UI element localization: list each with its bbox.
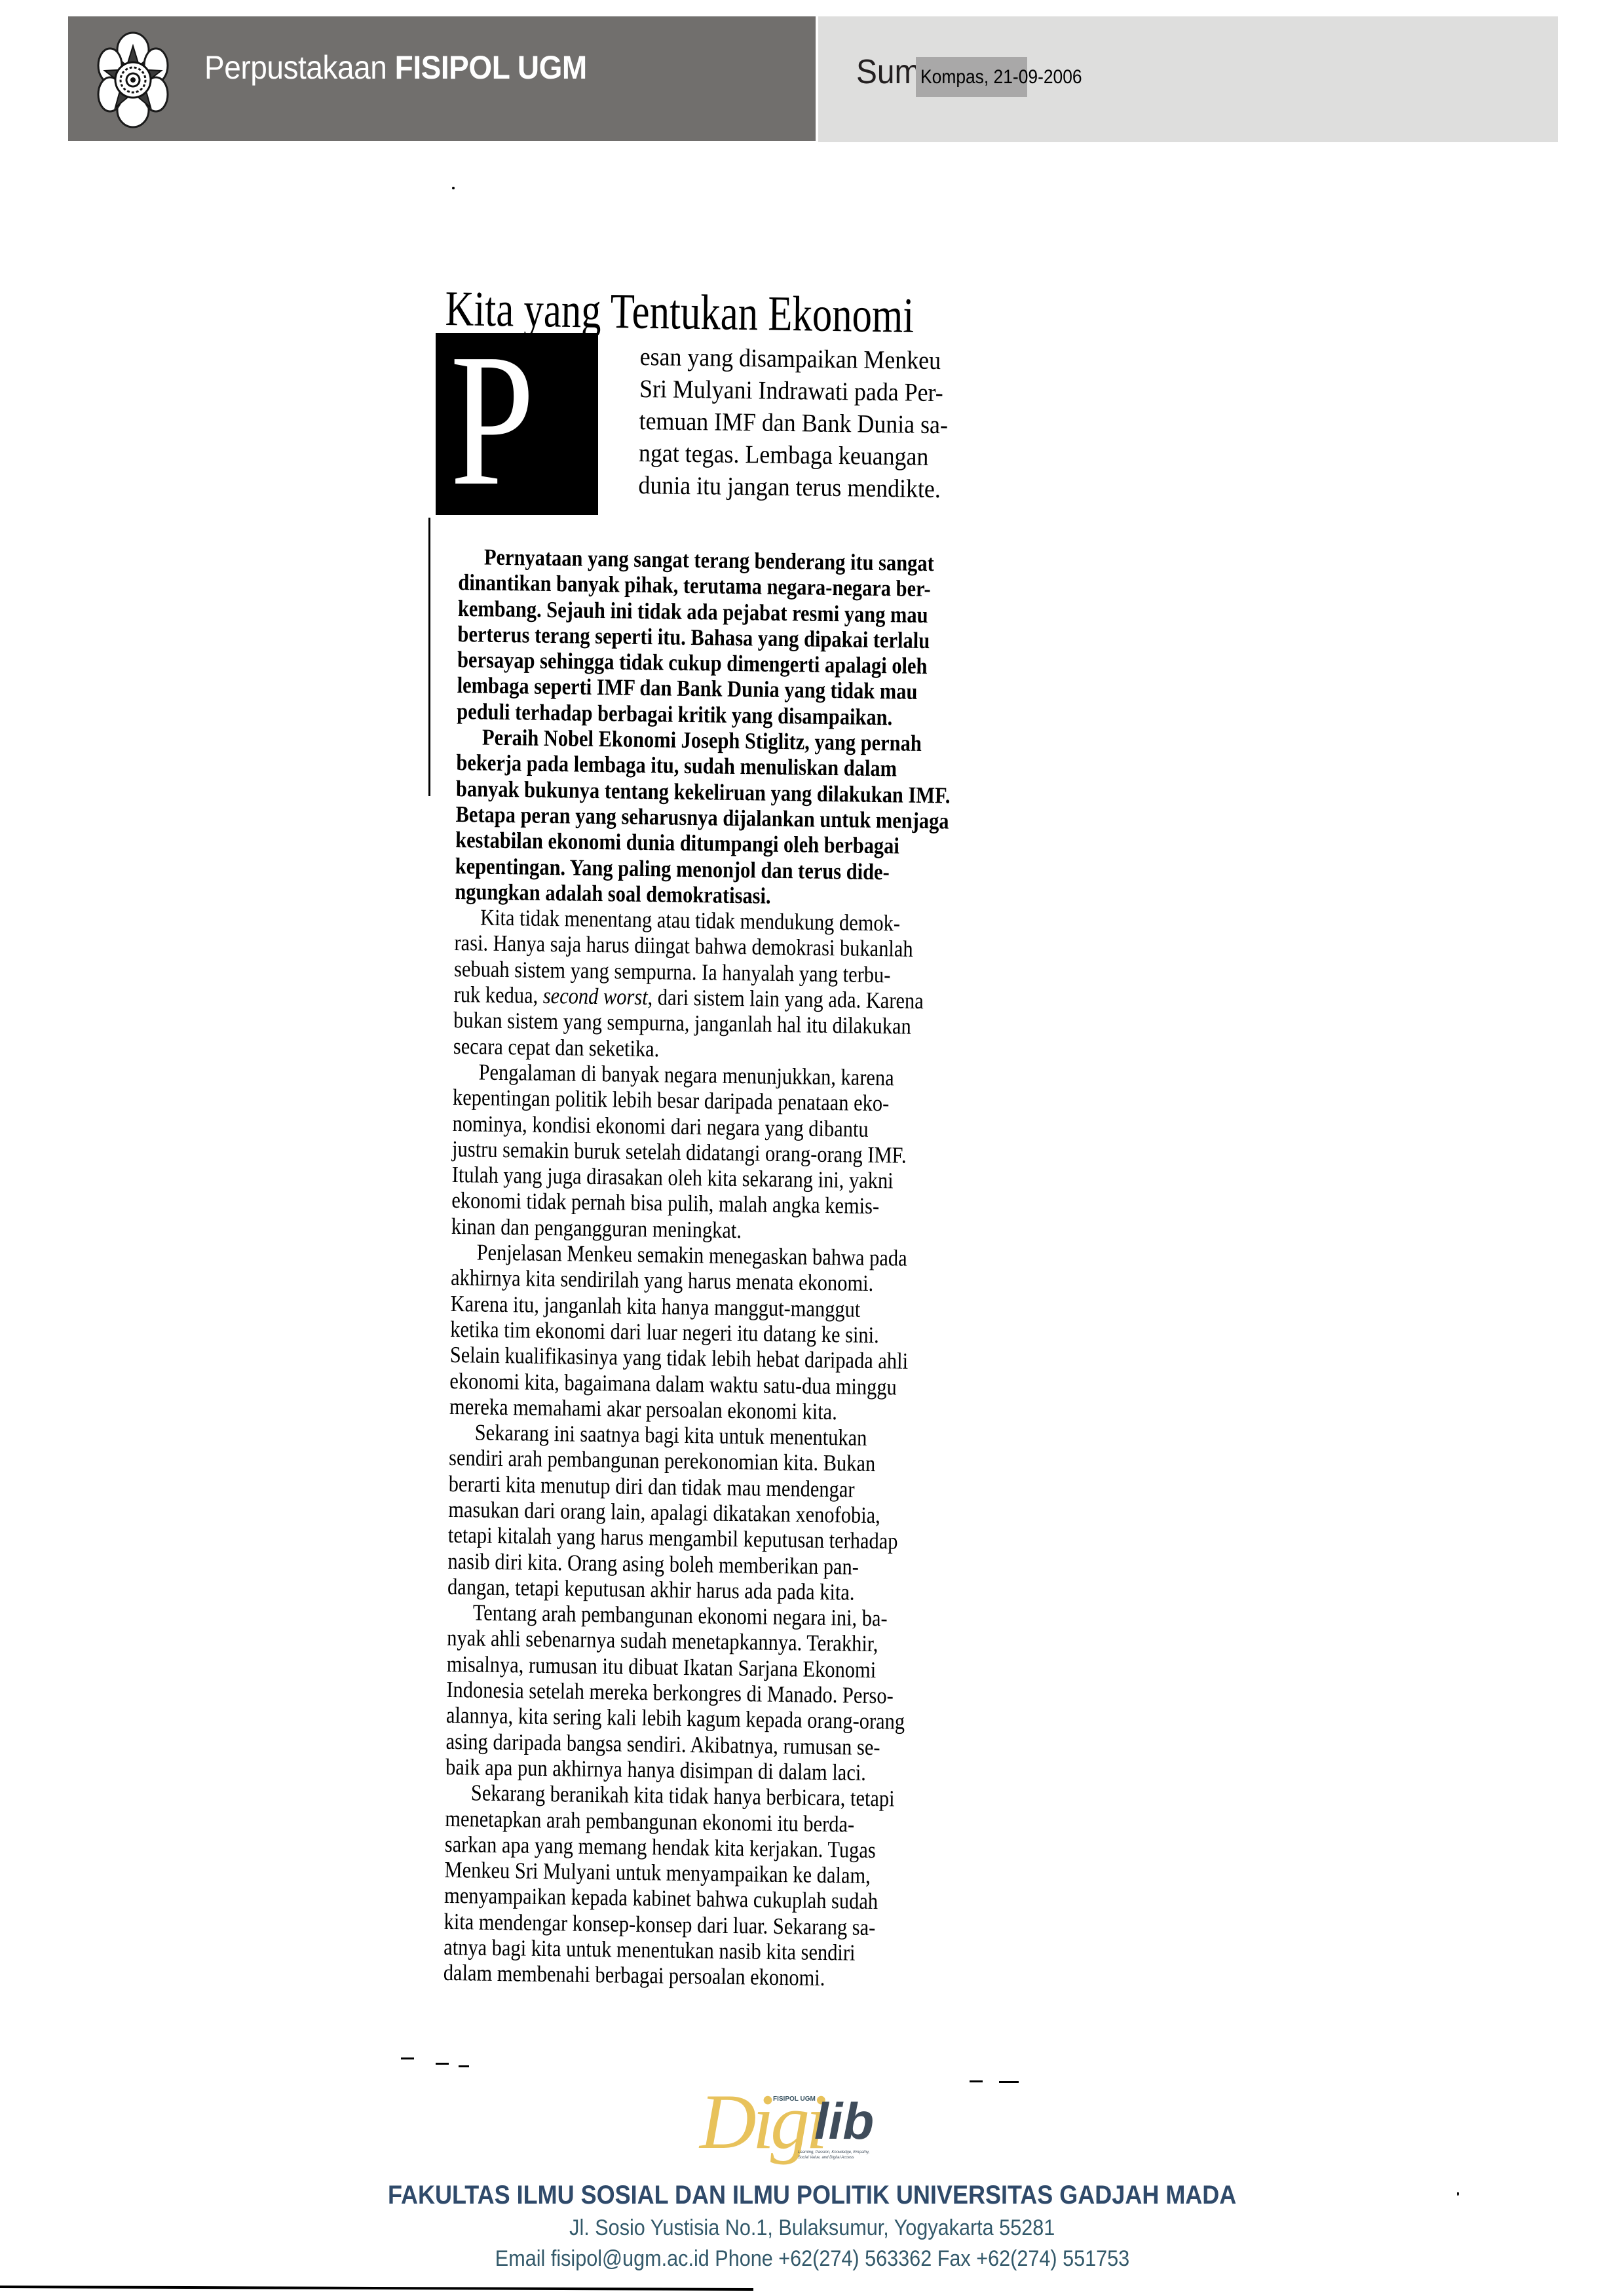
digilib-tagline-2: Social Value, and Digital Access	[798, 2155, 869, 2160]
digilib-tagline-1: Learning, Passion, Knowledge, Empathy,	[798, 2150, 869, 2155]
digilib-word-lib: lib	[814, 2095, 874, 2147]
lede-line: Sri Mulyani Indrawati pada Per-	[639, 373, 1038, 410]
scan-dash	[970, 2080, 983, 2082]
line-start: ruk kedua,	[453, 982, 543, 1008]
ugm-emblem-icon	[97, 31, 169, 128]
lede-line: dunia itu jangan terus mendikte.	[638, 469, 1036, 507]
footer-contact-text: Email fisipol@ugm.ac.id Phone +62(274) 5…	[495, 2248, 1129, 2270]
article-paragraph: Kita tidak menentang atau tidak mendukun…	[453, 904, 1019, 1067]
lede-line: ngat tegas. Lembaga keuangan	[639, 437, 1037, 474]
lede-line: temuan IMF dan Bank Dunia sa-	[639, 405, 1037, 442]
italic-phrase: second worst	[543, 983, 648, 1010]
scan-dash	[999, 2081, 1019, 2083]
scan-dash	[436, 2063, 449, 2065]
library-name: Perpustakaan FISIPOL UGM	[204, 51, 587, 84]
source-value: Kompas, 21-09-2006	[916, 57, 1082, 97]
digilib-word-digi: Digi	[700, 2082, 823, 2161]
article-paragraph: Sekarang ini saatnya bagi kita untuk men…	[447, 1419, 1013, 1607]
footer-contact: Email fisipol@ugm.ac.id Phone +62(274) 5…	[0, 2248, 1624, 2270]
digilib-tagline: Learning, Passion, Knowledge, Empathy, S…	[798, 2150, 869, 2160]
library-name-regular: Perpustakaan	[204, 49, 387, 86]
scan-speck	[1457, 2192, 1459, 2196]
article-body: Pernyataan yang sangat terang benderang …	[444, 544, 1023, 1994]
drop-cap-letter: P	[450, 325, 535, 515]
digilib-logo: Digi FISIPOL UGM lib Learning, Passion, …	[700, 2082, 935, 2168]
column-rule	[428, 518, 430, 796]
scan-speck	[452, 187, 455, 189]
library-name-bold: FISIPOL UGM	[395, 49, 587, 86]
footer-address: Jl. Sosio Yustisia No.1, Bulaksumur, Yog…	[0, 2217, 1624, 2239]
drop-cap-box: P	[436, 333, 598, 515]
scan-dash	[459, 2065, 469, 2067]
scan-dash	[401, 2057, 414, 2059]
article-paragraph: Pengalaman di banyak negara menunjukkan,…	[451, 1059, 1017, 1247]
scan-edge-line	[0, 2286, 753, 2291]
article-paragraph: Tentang arah pembangunan ekonomi negara …	[445, 1599, 1011, 1788]
line-end: , dari sistem lain yang ada. Karena	[647, 984, 923, 1014]
article-paragraph: Pernyataan yang sangat terang benderang …	[457, 544, 1023, 732]
article-lede: esan yang disampaikan Menkeu Sri Mulyani…	[638, 341, 1038, 507]
footer-address-text: Jl. Sosio Yustisia No.1, Bulaksumur, Yog…	[569, 2217, 1055, 2239]
source-value-box: Kompas, 21-09-2006	[916, 57, 1027, 97]
footer-institution-text: FAKULTAS ILMU SOSIAL DAN ILMU POLITIK UN…	[388, 2182, 1236, 2208]
digilib-subtitle: FISIPOL UGM	[773, 2095, 816, 2103]
footer-institution: FAKULTAS ILMU SOSIAL DAN ILMU POLITIK UN…	[0, 2182, 1624, 2208]
article-paragraph: Peraih Nobel Ekonomi Joseph Stiglitz, ya…	[455, 724, 1021, 912]
article-paragraph: Penjelasan Menkeu semakin menegaskan bah…	[449, 1239, 1015, 1427]
article-paragraph: Sekarang beranikah kita tidak hanya berb…	[444, 1780, 1010, 1993]
lede-line: esan yang disampaikan Menkeu	[639, 341, 1038, 378]
